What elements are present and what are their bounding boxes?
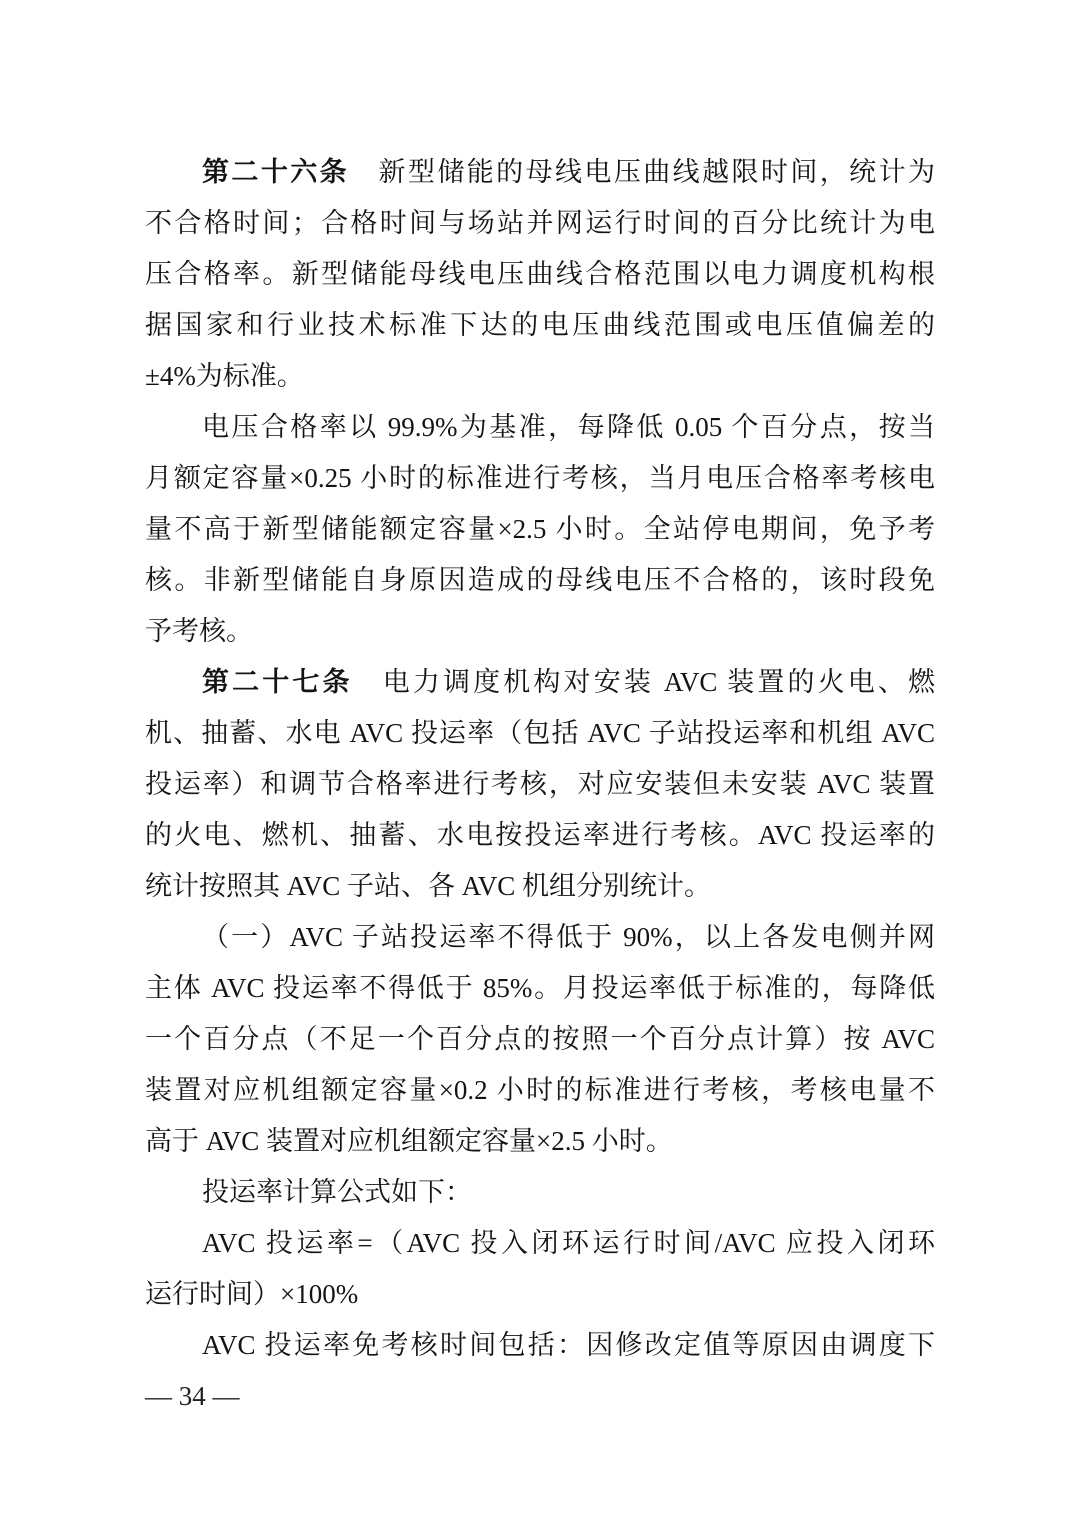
text-line: 投运率）和调节合格率进行考核，对应安装但未安装 AVC 装置 — [145, 759, 935, 810]
text-line: 量不高于新型储能额定容量×2.5 小时。全站停电期间，免予考 — [145, 504, 935, 555]
text-line: 的火电、燃机、抽蓄、水电按投运率进行考核。AVC 投运率的 — [145, 810, 935, 861]
document-body: 第二十六条 新型储能的母线电压曲线越限时间，统计为 不合格时间；合格时间与场站并… — [145, 147, 935, 1371]
article-heading: 第二十七条 — [202, 667, 353, 697]
text-line: 装置对应机组额定容量×0.2 小时的标准进行考核，考核电量不 — [145, 1065, 935, 1116]
text-line: 压合格率。新型储能母线电压曲线合格范围以电力调度机构根 — [145, 249, 935, 300]
text-line: 予考核。 — [145, 606, 935, 657]
text-line: 第二十七条 电力调度机构对安装 AVC 装置的火电、燃 — [145, 657, 935, 708]
text-line: 统计按照其 AVC 子站、各 AVC 机组分别统计。 — [145, 861, 935, 912]
text-line: 投运率计算公式如下： — [145, 1167, 935, 1218]
text-line: 第二十六条 新型储能的母线电压曲线越限时间，统计为 — [145, 147, 935, 198]
text-line: 核。非新型储能自身原因造成的母线电压不合格的，该时段免 — [145, 555, 935, 606]
text-line: AVC 投运率=（AVC 投入闭环运行时间/AVC 应投入闭环 — [145, 1218, 935, 1269]
text-line: AVC 投运率免考核时间包括：因修改定值等原因由调度下 — [145, 1320, 935, 1371]
text-line: （一）AVC 子站投运率不得低于 90%，以上各发电侧并网 — [145, 912, 935, 963]
page-number: — 34 — — [145, 1371, 240, 1422]
text-line: 月额定容量×0.25 小时的标准进行考核，当月电压合格率考核电 — [145, 453, 935, 504]
text-line: 不合格时间；合格时间与场站并网运行时间的百分比统计为电 — [145, 198, 935, 249]
line-text: 电力调度机构对安装 AVC 装置的火电、燃 — [353, 667, 935, 697]
text-line: 据国家和行业技术标准下达的电压曲线范围或电压值偏差的 — [145, 300, 935, 351]
text-line: ±4%为标准。 — [145, 351, 935, 402]
text-line: 电压合格率以 99.9%为基准，每降低 0.05 个百分点，按当 — [145, 402, 935, 453]
document-page: 第二十六条 新型储能的母线电压曲线越限时间，统计为 不合格时间；合格时间与场站并… — [0, 0, 1080, 1527]
text-line: 主体 AVC 投运率不得低于 85%。月投运率低于标准的，每降低 — [145, 963, 935, 1014]
text-line: 一个百分点（不足一个百分点的按照一个百分点计算）按 AVC — [145, 1014, 935, 1065]
text-line: 机、抽蓄、水电 AVC 投运率（包括 AVC 子站投运率和机组 AVC — [145, 708, 935, 759]
article-heading: 第二十六条 — [202, 157, 349, 187]
line-text: 新型储能的母线电压曲线越限时间，统计为 — [349, 157, 935, 187]
text-line: 运行时间）×100% — [145, 1269, 935, 1320]
text-line: 高于 AVC 装置对应机组额定容量×2.5 小时。 — [145, 1116, 935, 1167]
